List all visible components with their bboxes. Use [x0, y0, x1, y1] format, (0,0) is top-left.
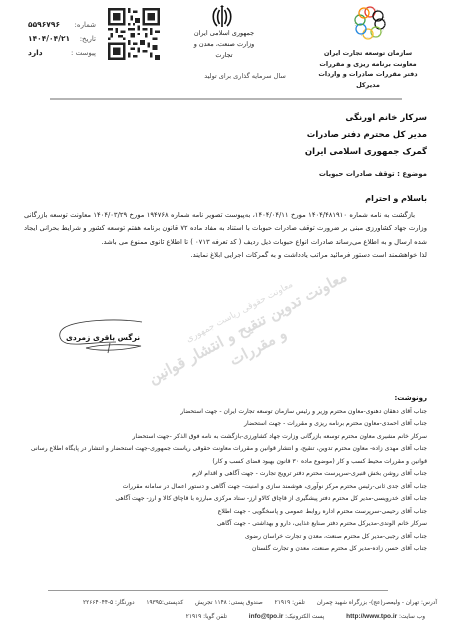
- cc-item: جناب آقای احمدی-معاون محترم برنامه ریزی …: [28, 418, 427, 430]
- footer-website-label: وب سایت:: [399, 614, 425, 620]
- letter-footer: آدرس: تهران - ولیعصر(عج)- بزرگراه شهید چ…: [30, 596, 437, 624]
- cc-item: جناب آقای روشن بخش قنبری-سرپرست محترم دف…: [28, 468, 427, 480]
- footer-phone: تلفن: ۲۱۹۱۹: [275, 600, 305, 606]
- footer-email-label: پست الکترونیک:: [285, 614, 324, 620]
- signatory-name: نرگس باقری زمردی: [66, 333, 140, 342]
- footer-voice-phone: تلفن گویا: ۲۱۹۱۹: [186, 614, 227, 620]
- footer-divider: [48, 590, 388, 591]
- organization-line-4: مدیرکل: [308, 80, 428, 91]
- footer-fax: دورنگار: ۵-۲۲۶۶۴۰۴۴: [83, 600, 135, 606]
- letter-number-value: ۵۵۹۶۷۹۶: [28, 18, 60, 32]
- cc-item: جناب آقای جدی ثانی-رئیس محترم مرکز نوآور…: [28, 481, 427, 493]
- watermark-line-2: معاونت تدوین تنقیح و انتشار قوانین و مقر…: [141, 264, 365, 411]
- letter-date-value: ۱۴۰۴/۰۴/۲۱: [28, 32, 70, 46]
- letter-attachment-value: دارد: [28, 46, 43, 60]
- letter-date-label: تاریخ:: [80, 32, 96, 46]
- cc-item: جناب آقای رحیمی-سرپرست محترم اداره روابط…: [28, 506, 427, 518]
- recipient-position: مدیر کل محترم دفتر صادرات: [305, 127, 427, 144]
- watermark-line-1: معاونت حقوقی ریاست جمهوری: [135, 253, 344, 372]
- footer-website-link[interactable]: http://www.tpo.ir: [346, 613, 397, 620]
- recipient-organization: گمرک جمهوری اسلامی ایران: [305, 144, 427, 161]
- letter-body: بازگشت به نامه شماره ۱۴۰۴/۴۸۱۹۱۰ مورخ ۱۴…: [24, 209, 427, 263]
- organization-title: سازمان توسعه تجارت ایران معاونت برنامه ر…: [308, 48, 428, 90]
- letter-date-row: تاریخ: ۱۴۰۴/۰۴/۲۱: [28, 32, 96, 46]
- ministry-line-1: جمهوری اسلامی ایران: [185, 28, 263, 39]
- cc-item: جناب آقای خدرویسی-مدیر کل محترم دفتر پیش…: [28, 493, 427, 505]
- footer-email-link[interactable]: info@tpo.ir: [249, 613, 284, 620]
- official-letter: شماره: ۵۵۹۶۷۹۶ تاریخ: ۱۴۰۴/۰۴/۲۱ پیوست :…: [0, 0, 457, 640]
- cc-item: سرکار خانم الوندی-مدیرکل محترم دفتر صنای…: [28, 518, 427, 530]
- recipient-name: سرکار خانم اورنگی: [305, 110, 427, 127]
- footer-po-box: صندوق پستی: ۱۱۴۸ تجریش: [195, 600, 263, 606]
- footer-contact-row: وب سایت: http://www.tpo.ir پست الکترونیک…: [30, 610, 437, 624]
- recipient-block: سرکار خانم اورنگی مدیر کل محترم دفتر صاد…: [305, 110, 427, 161]
- iran-emblem-icon: [210, 4, 234, 30]
- qr-code: [108, 4, 160, 64]
- organization-line-1: سازمان توسعه تجارت ایران: [308, 48, 428, 59]
- letter-greeting: باسلام و احترام: [365, 194, 427, 203]
- letter-subject: موضوع : توقف صادرات حبوبات: [319, 170, 427, 178]
- organization-line-2: معاونت برنامه ریزی و مقررات: [308, 59, 428, 70]
- letter-number-row: شماره: ۵۵۹۶۷۹۶: [28, 18, 96, 32]
- cc-item: جناب آقای حسن زاده-مدیر کل محترم صنعت، م…: [28, 543, 427, 555]
- footer-address: آدرس: تهران - ولیعصر(عج)- بزرگراه شهید چ…: [317, 600, 437, 606]
- cc-item: سرکار خانم مشیری معاون محترم توسعه بازرگ…: [28, 431, 427, 443]
- tpo-logo-icon: [340, 2, 400, 50]
- year-slogan: سال سرمایه گذاری برای تولید: [190, 72, 300, 80]
- letter-meta: شماره: ۵۵۹۶۷۹۶ تاریخ: ۱۴۰۴/۰۴/۲۱ پیوست :…: [28, 18, 96, 60]
- letter-attachment-label: پیوست :: [71, 46, 96, 60]
- body-paragraph-2: لذا خواهشمند است دستور فرمائید مراتب یاد…: [24, 249, 427, 262]
- cc-item: جناب آقای رجبی-مدیر کل محترم صنعت، معدن …: [28, 531, 427, 543]
- body-paragraph-1: بازگشت به نامه شماره ۱۴۰۴/۴۸۱۹۱۰ مورخ ۱۴…: [24, 209, 427, 249]
- cc-item: جناب آقای دهقان دهنوی-معاون محترم وزیر و…: [28, 406, 427, 418]
- letter-number-label: شماره:: [75, 18, 96, 32]
- ministry-line-2: وزارت صنعت، معدن و تجارت: [185, 39, 263, 61]
- cc-list: جناب آقای دهقان دهنوی-معاون محترم وزیر و…: [28, 406, 427, 555]
- header-divider: [50, 98, 402, 100]
- ministry-title: جمهوری اسلامی ایران وزارت صنعت، معدن و ت…: [185, 28, 263, 61]
- letter-attachment-row: پیوست : دارد: [28, 46, 96, 60]
- cc-title: رونوشت:: [395, 394, 428, 402]
- organization-line-3: دفتر مقررات صادرات و واردات: [308, 69, 428, 80]
- footer-postal-code: کدپستی:۱۹۳۹۵: [146, 600, 183, 606]
- cc-item: جناب آقای مهدی زاده- معاون محترم تدوین، …: [28, 443, 427, 468]
- footer-address-row: آدرس: تهران - ولیعصر(عج)- بزرگراه شهید چ…: [30, 596, 437, 610]
